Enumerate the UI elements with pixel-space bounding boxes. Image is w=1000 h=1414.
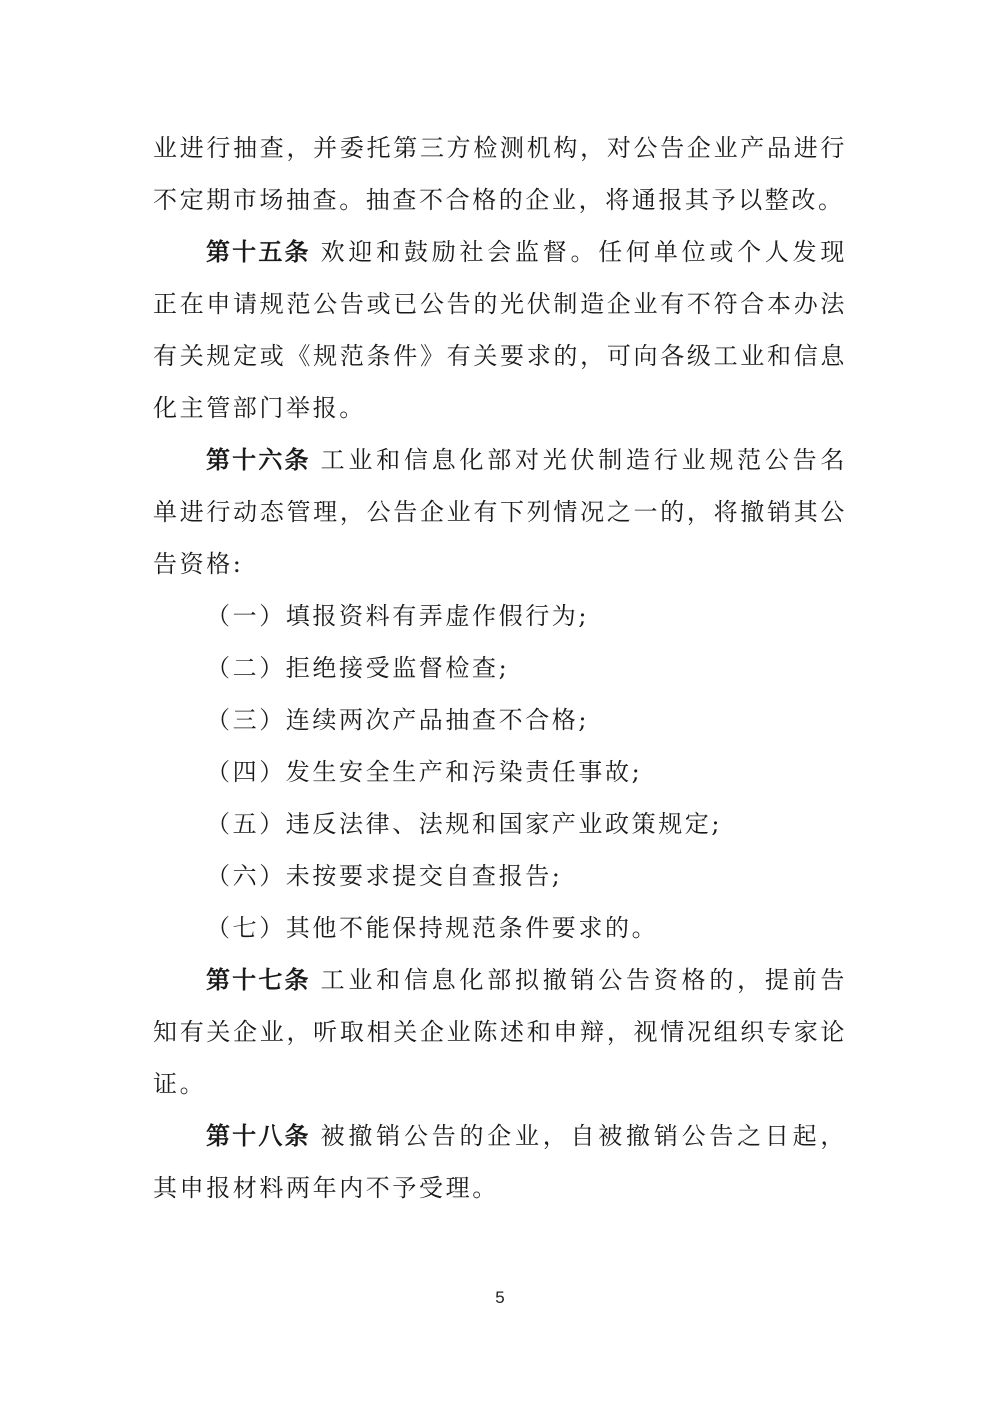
article-number: 第十八条 [206, 1122, 311, 1150]
document-body: 业进行抽查，并委托第三方检测机构，对公告企业产品进行不定期市场抽查。抽查不合格的… [153, 122, 847, 1214]
article-15: 第十五条欢迎和鼓励社会监督。任何单位或个人发现正在申请规范公告或已公告的光伏制造… [153, 226, 847, 434]
article-16: 第十六条工业和信息化部对光伏制造行业规范公告名单进行动态管理，公告企业有下列情况… [153, 434, 847, 590]
article-number: 第十五条 [206, 238, 311, 266]
list-item: （七）其他不能保持规范条件要求的。 [153, 902, 847, 954]
article-17: 第十七条工业和信息化部拟撤销公告资格的，提前告知有关企业，听取相关企业陈述和申辩… [153, 954, 847, 1110]
list-item: （一）填报资料有弄虚作假行为; [153, 590, 847, 642]
list-item: （二）拒绝接受监督检查; [153, 642, 847, 694]
article-18: 第十八条被撤销公告的企业，自被撤销公告之日起，其申报材料两年内不予受理。 [153, 1110, 847, 1214]
list-item: （三）连续两次产品抽查不合格; [153, 694, 847, 746]
article-number: 第十七条 [206, 966, 311, 994]
list-item: （四）发生安全生产和污染责任事故; [153, 746, 847, 798]
article-number: 第十六条 [206, 446, 311, 474]
page-number: 5 [0, 1288, 1000, 1308]
list-item: （五）违反法律、法规和国家产业政策规定; [153, 798, 847, 850]
paragraph-continuation: 业进行抽查，并委托第三方检测机构，对公告企业产品进行不定期市场抽查。抽查不合格的… [153, 122, 847, 226]
list-item: （六）未按要求提交自查报告; [153, 850, 847, 902]
